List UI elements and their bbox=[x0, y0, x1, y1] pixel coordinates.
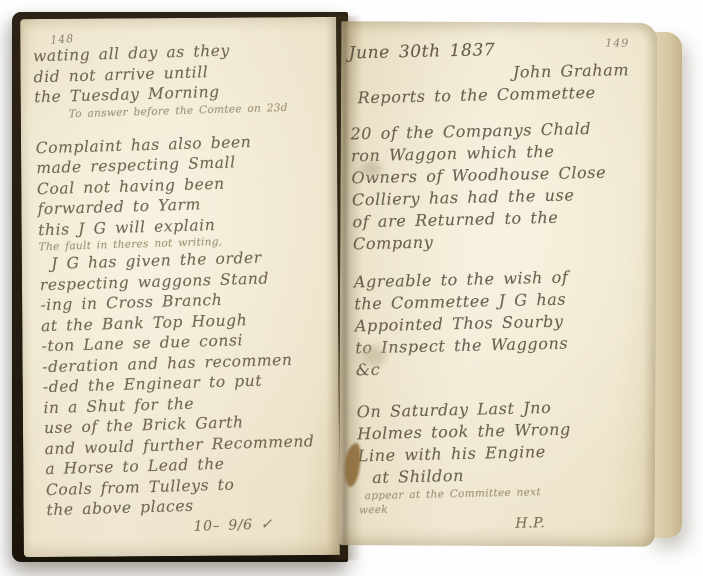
manuscript-book: 148 wating all day as theydid not arrive… bbox=[8, 6, 694, 566]
left-page-text: wating all day as theydid not arrive unt… bbox=[33, 38, 334, 541]
right-page-text: June 30th 1837John GrahamReports to the … bbox=[348, 35, 655, 538]
paper-stain bbox=[360, 346, 386, 366]
right-page: 149 June 30th 1837John GrahamReports to … bbox=[339, 21, 658, 547]
left-page: 148 wating all day as theydid not arrive… bbox=[20, 17, 340, 557]
paper-smudge bbox=[360, 161, 382, 177]
photograph-background: 148 wating all day as theydid not arrive… bbox=[0, 0, 703, 576]
